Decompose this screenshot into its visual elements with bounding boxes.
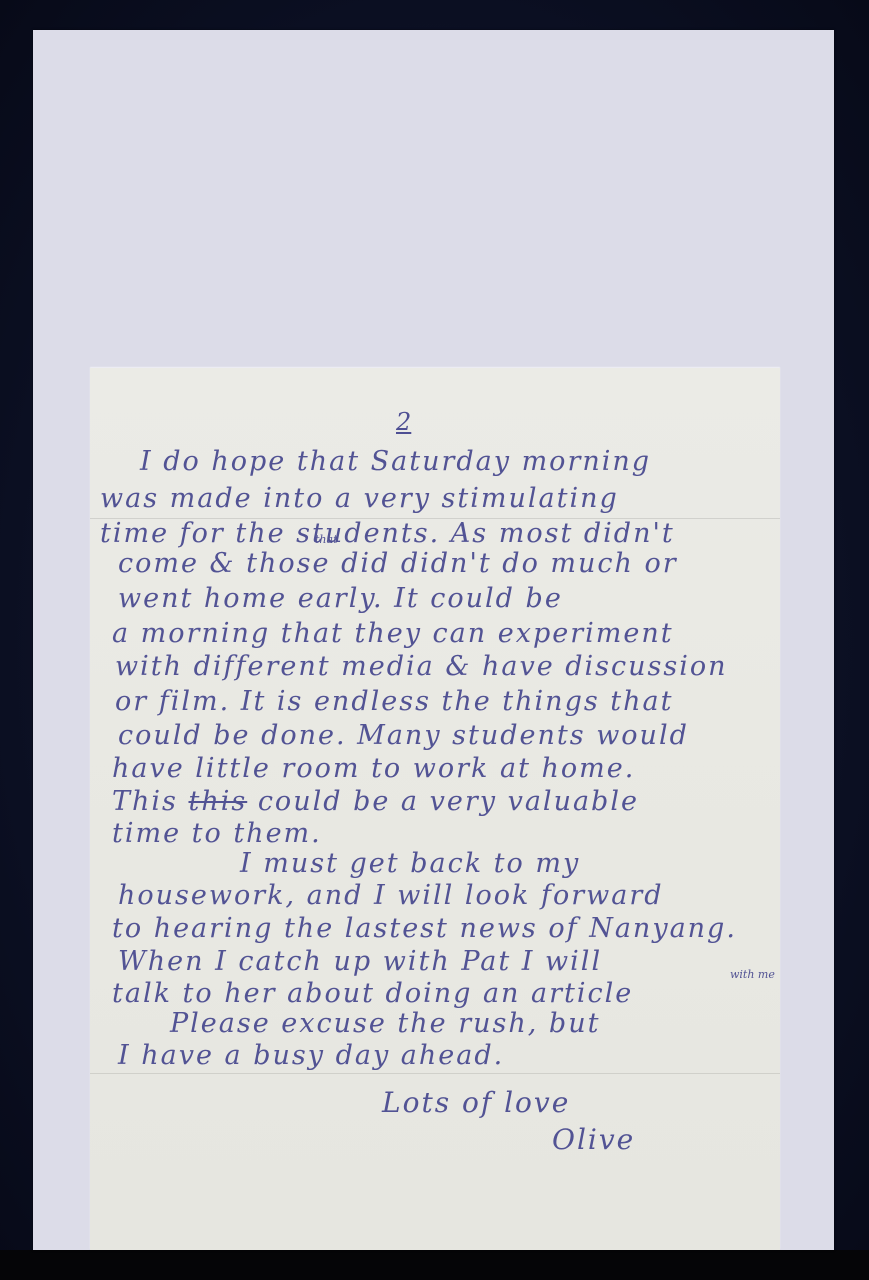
scan-bottom-edge	[0, 1250, 869, 1280]
struck-word: this	[188, 786, 247, 817]
letter-line-17: talk to her about doing an article	[112, 978, 633, 1009]
letter-closing: Lots of love	[382, 1086, 570, 1119]
letter-line-1: I do hope that Saturday morning	[140, 446, 651, 477]
letter-line-15: to hearing the lastest news of Nanyang.	[112, 913, 737, 944]
letter-line-12: time to them.	[112, 818, 322, 849]
insert-with-me: with me	[730, 968, 775, 981]
page-number: 2	[396, 408, 411, 436]
letter-line-11-rest: could be a very valuable	[258, 786, 639, 817]
letter-line-19: I have a busy day ahead.	[118, 1040, 504, 1071]
paper-fold	[90, 1073, 780, 1074]
letter-page: 2 I do hope that Saturday morning was ma…	[90, 368, 780, 1250]
letter-line-8: or film. It is endless the things that	[115, 686, 673, 717]
letter-line-16: When I catch up with Pat I will	[118, 946, 602, 977]
letter-word-this: This	[112, 786, 178, 817]
letter-line-4: come & those did didn't do much or	[118, 548, 678, 579]
letter-signature: Olive	[552, 1123, 635, 1156]
letter-line-11: This this could be a very valuable	[112, 786, 639, 817]
letter-line-13: I must get back to my	[240, 848, 580, 879]
insert-that: that	[315, 533, 337, 546]
letter-line-14: housework, and I will look forward	[118, 880, 664, 911]
letter-line-2: was made into a very stimulating	[100, 483, 619, 514]
letter-line-3: time for the students. As most didn't	[100, 518, 675, 549]
letter-line-9: could be done. Many students would	[118, 720, 689, 751]
letter-line-5: went home early. It could be	[118, 583, 563, 614]
letter-line-18: Please excuse the rush, but	[170, 1008, 600, 1039]
letter-line-7: with different media & have discussion	[115, 651, 728, 682]
letter-line-10: have little room to work at home.	[112, 753, 635, 784]
letter-line-6: a morning that they can experiment	[112, 618, 674, 649]
